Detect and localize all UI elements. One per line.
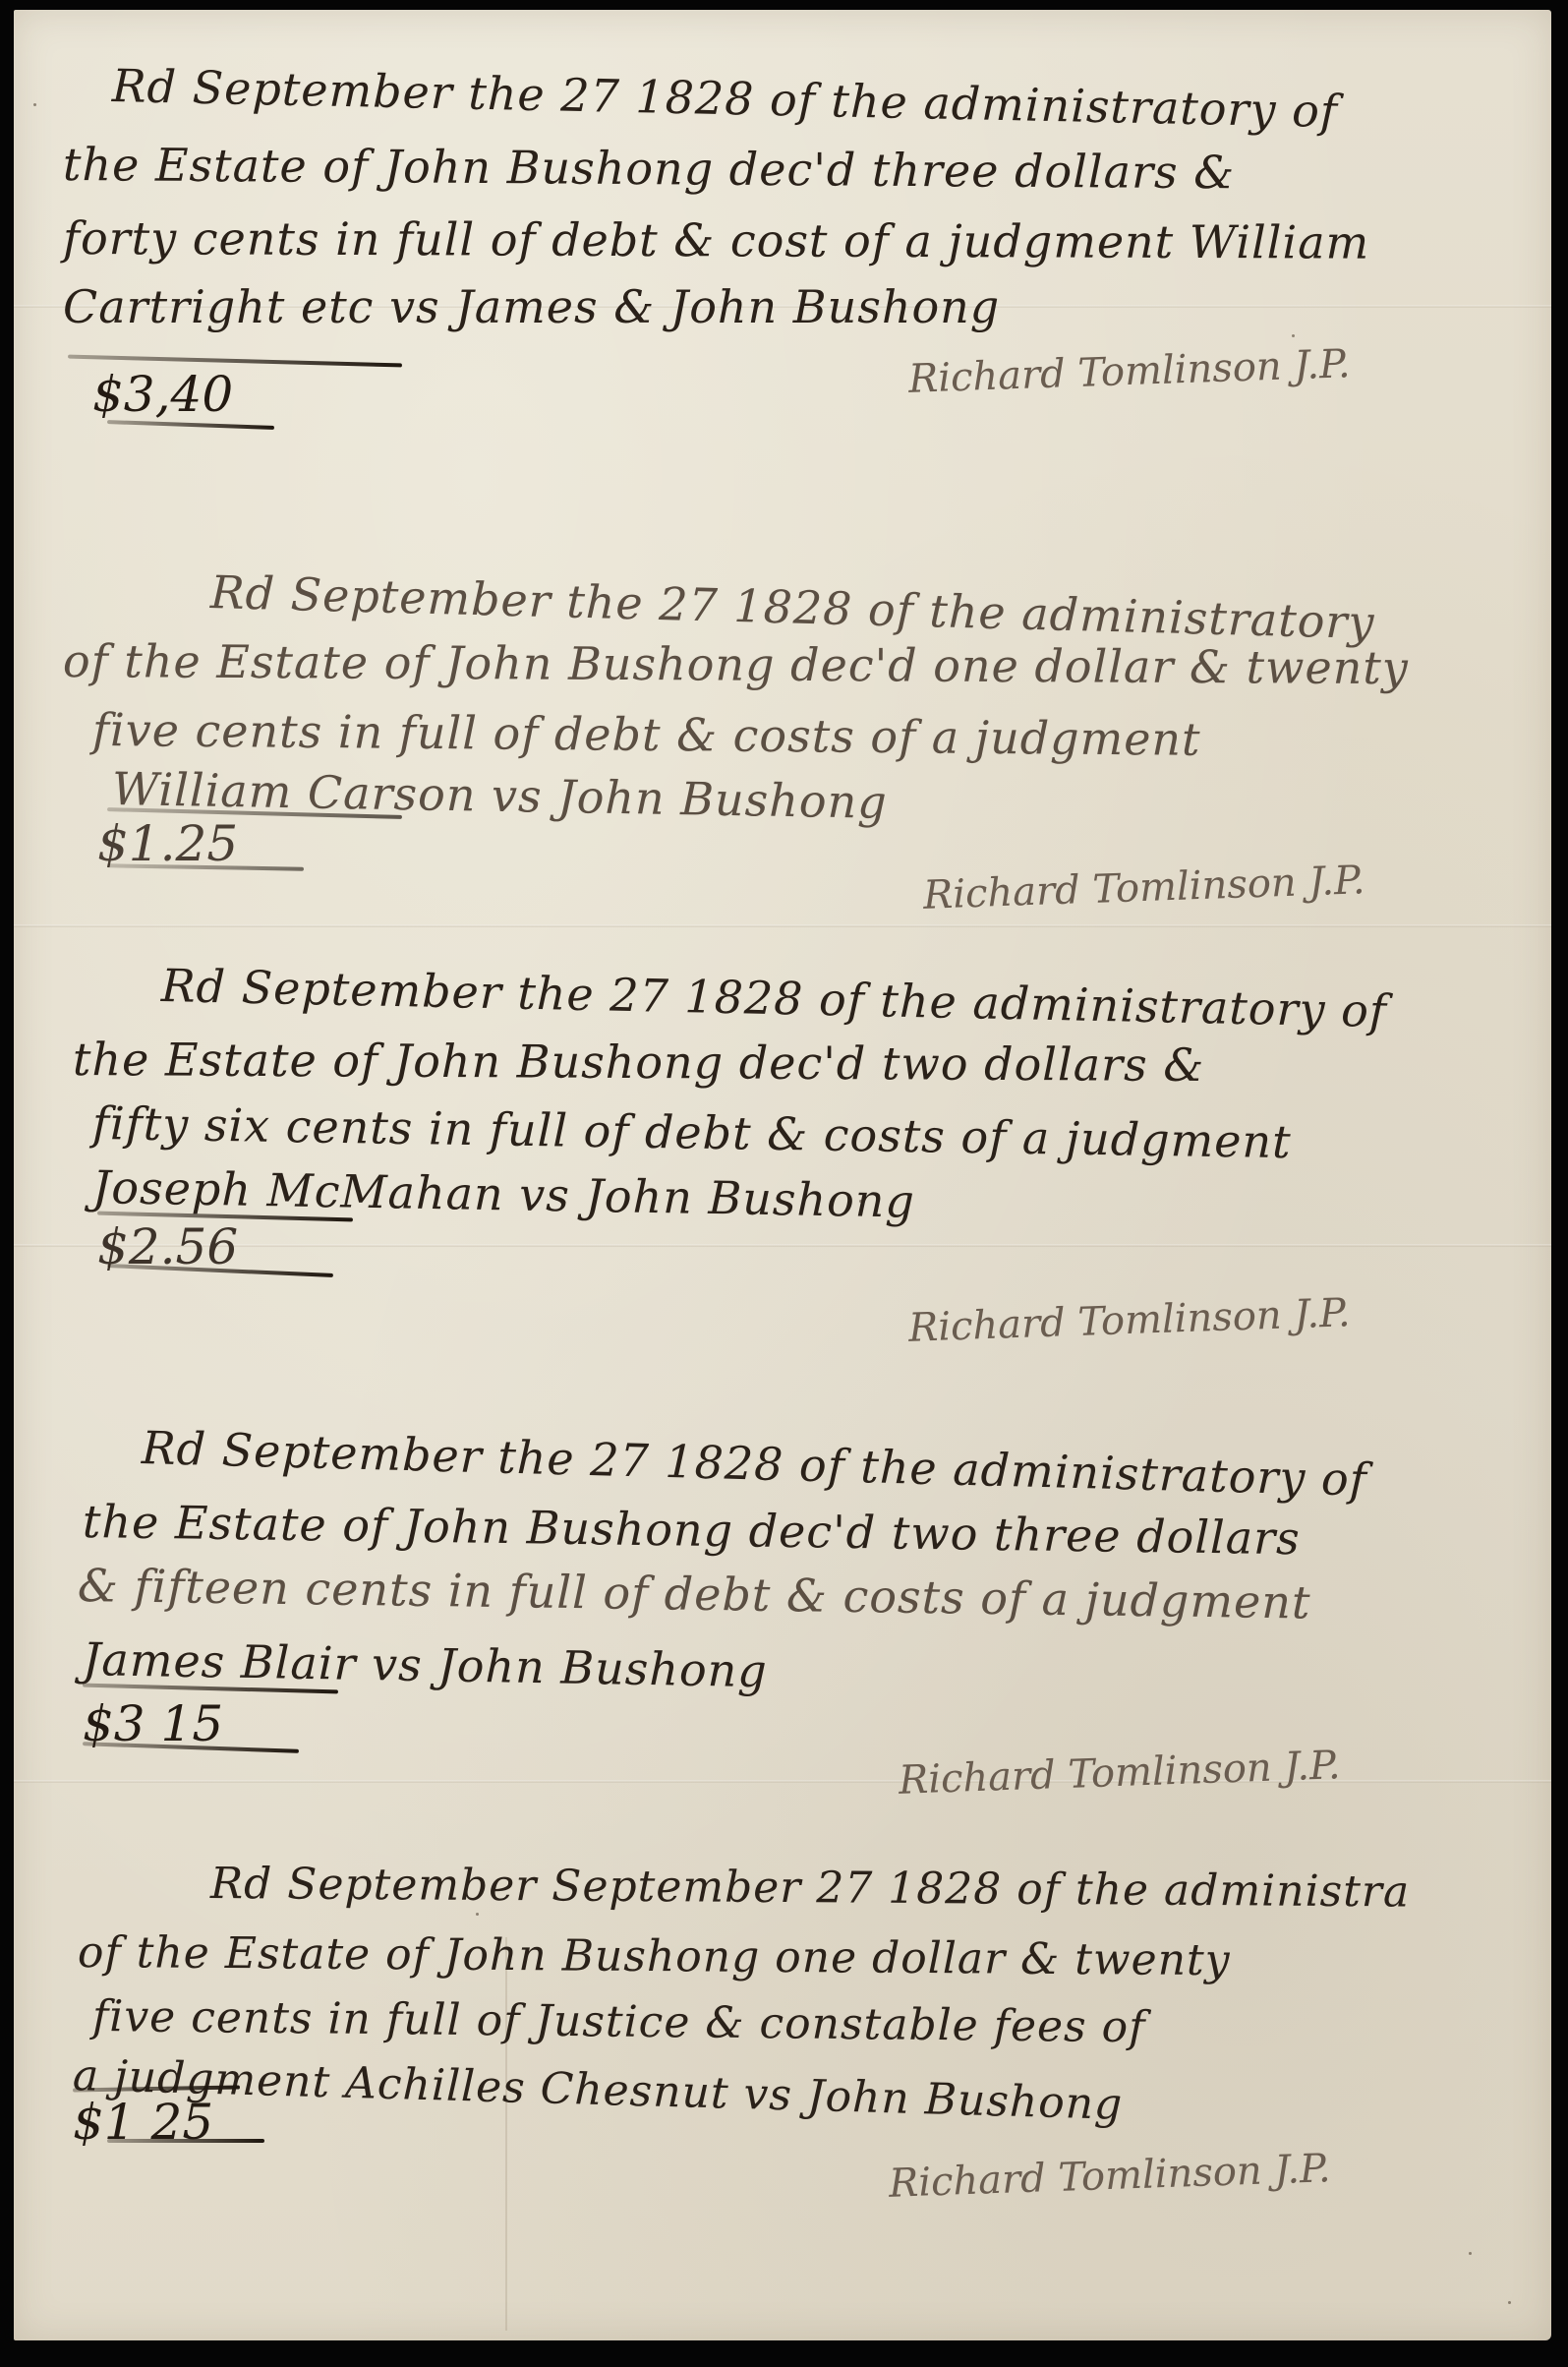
paper-speck [1469, 2252, 1472, 2255]
justice-signature: Richard Tomlinson J.P. [922, 858, 1365, 918]
justice-signature: Richard Tomlinson J.P. [907, 1290, 1351, 1351]
fold-crease [14, 924, 1551, 927]
receipt-line: fifty six cents in full of debt & costs … [92, 1096, 1292, 1168]
paper-speck [859, 1200, 862, 1203]
receipt-line: Rd September September 27 1828 of the ad… [210, 1859, 1411, 1918]
receipt-line: five cents in full of debt & costs of a … [92, 703, 1201, 766]
receipt-line: & fifteen cents in full of debt & costs … [78, 1559, 1311, 1629]
amount-underline [107, 2139, 264, 2143]
paper-speck [33, 103, 36, 106]
receipt-line: of the Estate of John Bushong one dollar… [78, 1927, 1231, 1985]
receipt-line: Cartright etc vs James & John Bushong [63, 280, 1000, 333]
receipt-line: a judgment Achilles Chesnut vs John Bush… [72, 2050, 1124, 2130]
receipt-amount: $3,40 [92, 362, 233, 427]
justice-signature: Richard Tomlinson J.P. [888, 2146, 1331, 2207]
document-page: Rd September the 27 1828 of the administ… [14, 10, 1551, 2340]
paper-speck [1292, 334, 1295, 337]
fold-crease [14, 1244, 1551, 1247]
receipt-line: Rd September the 27 1828 of the administ… [141, 1421, 1367, 1507]
receipt-line: forty cents in full of debt & cost of a … [63, 211, 1369, 269]
justice-signature: Richard Tomlinson J.P. [907, 341, 1351, 402]
receipt-amount: $1 25 [73, 2090, 213, 2155]
paper-speck [476, 1913, 479, 1916]
paper-speck [1508, 2301, 1511, 2304]
receipt-line: Rd September the 27 1828 of the administ… [111, 59, 1338, 138]
receipt-line: the Estate of John Bushong dec'd three d… [63, 138, 1236, 199]
justice-signature: Richard Tomlinson J.P. [898, 1743, 1341, 1804]
receipt-line: five cents in full of Justice & constabl… [92, 1991, 1146, 2052]
receipt-line: the Estate of John Bushong dec'd two thr… [83, 1495, 1301, 1565]
receipt-line: of the Estate of John Bushong dec'd one … [63, 634, 1409, 694]
receipt-line: Rd September the 27 1828 of the administ… [160, 959, 1387, 1037]
receipt-line: the Estate of John Bushong dec'd two dol… [73, 1033, 1205, 1092]
